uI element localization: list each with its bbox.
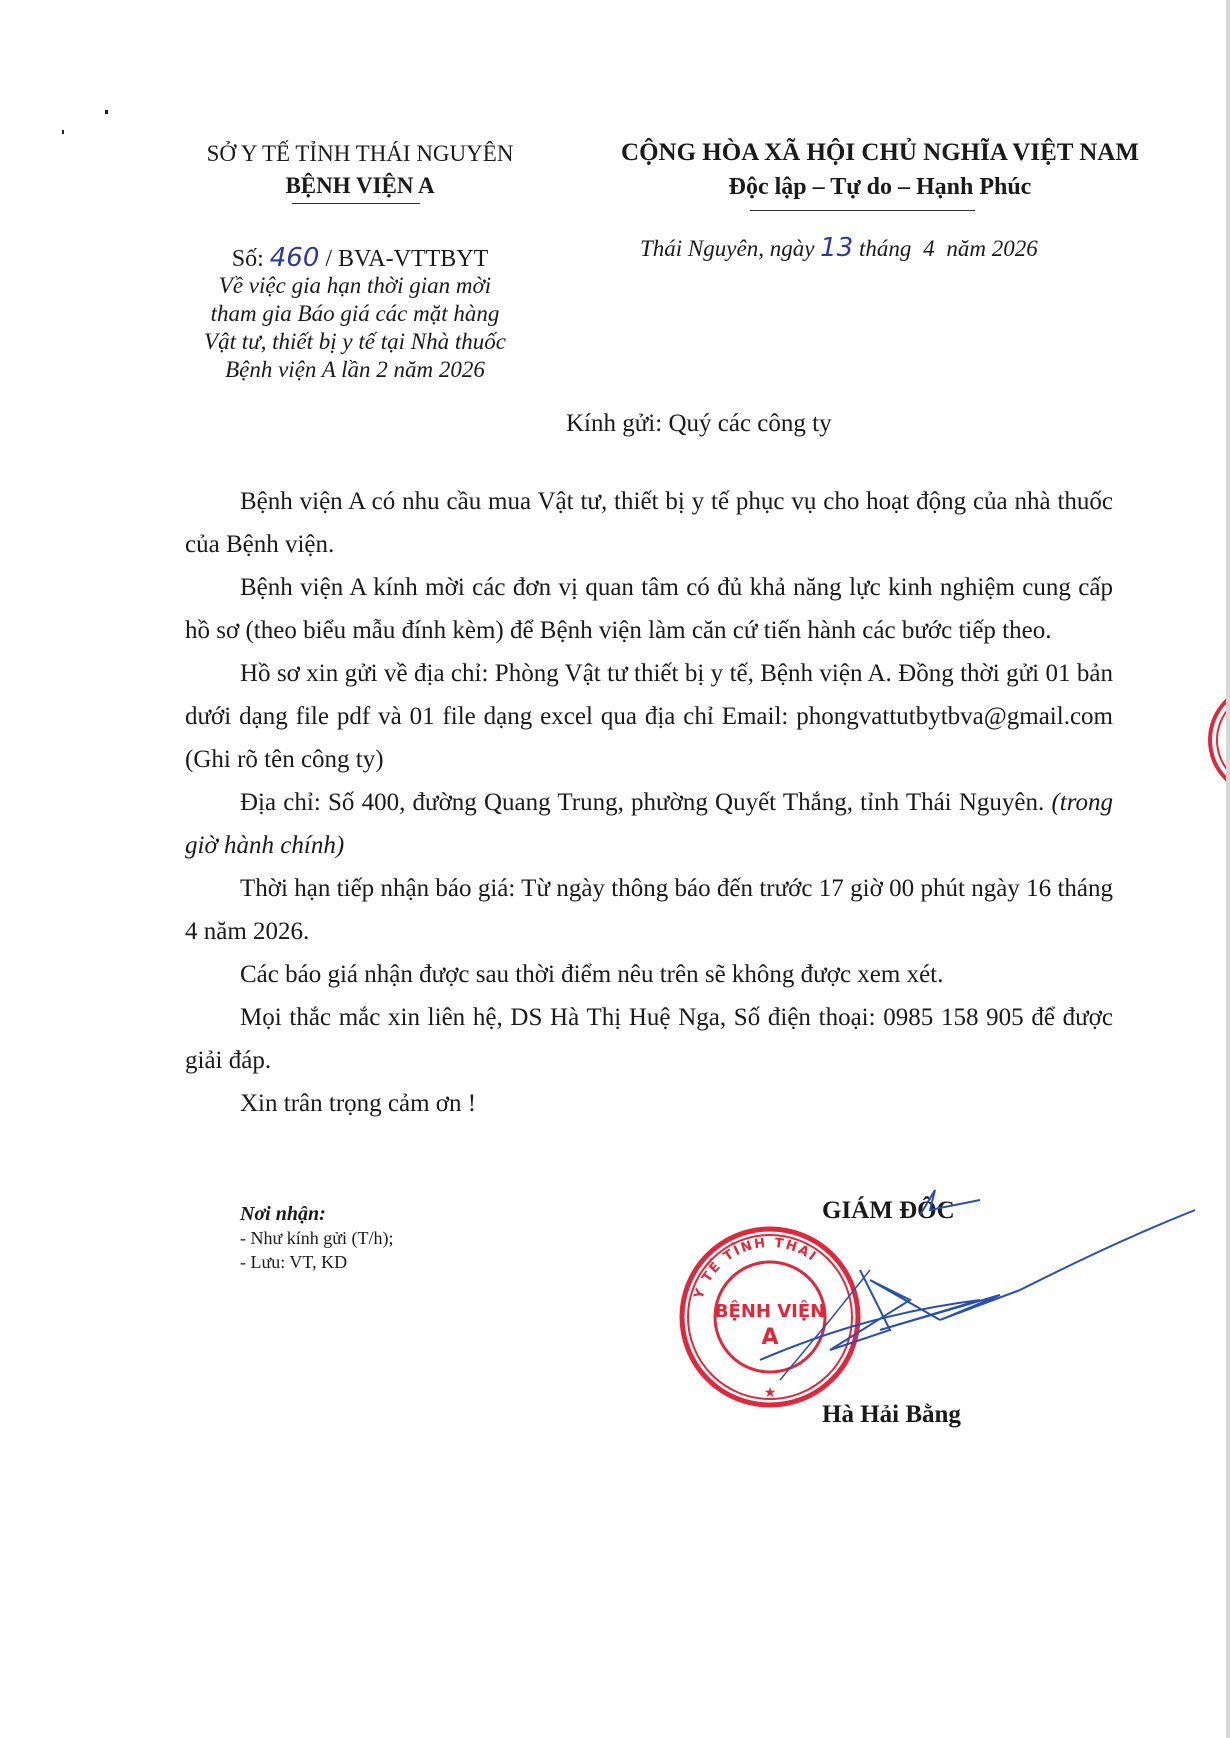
paragraph: Thời hạn tiếp nhận báo giá: Từ ngày thôn… <box>185 867 1113 953</box>
distribution-item: - Như kính gửi (T/h); <box>240 1226 394 1250</box>
national-header: CỘNG HÒA XÃ HỘI CHỦ NGHĨA VIỆT NAM Độc l… <box>575 136 1185 204</box>
address-text: Địa chỉ: Số 400, đường Quang Trung, phườ… <box>240 789 1044 816</box>
paragraph: Các báo giá nhận được sau thời điểm nêu … <box>185 953 1113 996</box>
number-prefix: Số: <box>232 246 264 272</box>
signature-icon <box>680 1180 1200 1390</box>
date-place: Thái Nguyên, ngày <box>640 236 814 261</box>
unit-name: BỆNH VIỆN A <box>160 170 560 202</box>
subject-line: Bệnh viện A lần 2 năm 2026 <box>150 356 560 384</box>
handwritten-number: 460 <box>270 243 320 273</box>
recipient-line: Kính gửi: Quý các công ty <box>566 410 832 438</box>
distribution-item: - Lưu: VT, KD <box>240 1250 394 1274</box>
distribution-title: Nơi nhận: <box>240 1202 394 1226</box>
paragraph: Bệnh viện A kính mời các đơn vị quan tâm… <box>185 566 1113 652</box>
subject-line: Vật tư, thiết bị y tế tại Nhà thuốc <box>150 328 560 356</box>
year-label: năm <box>946 236 986 261</box>
number-suffix: / BVA-VTTBYT <box>325 246 488 272</box>
subject-line: tham gia Báo giá các mặt hàng <box>150 300 560 328</box>
date-line: Thái Nguyên, ngày 13 tháng 4 năm 2026 <box>640 233 1120 263</box>
document-number: Số: 460 / BVA-VTTBYT <box>160 243 560 273</box>
paragraph: Bệnh viện A có nhu cầu mua Vật tư, thiết… <box>185 480 1113 566</box>
month-label: tháng <box>859 236 911 261</box>
handwritten-day: 13 <box>820 233 853 263</box>
divider-left <box>292 203 420 204</box>
month-value: 4 <box>923 236 935 261</box>
paragraph: Hồ sơ xin gửi về địa chỉ: Phòng Vật tư t… <box>185 652 1113 781</box>
paragraph: Mọi thắc mắc xin liên hệ, DS Hà Thị Huệ … <box>185 996 1113 1082</box>
signatory-name: Hà Hải Bằng <box>822 1401 961 1429</box>
letter-body: Bệnh viện A có nhu cầu mua Vật tư, thiết… <box>185 480 1113 1125</box>
divider-right <box>750 210 975 211</box>
page-edge <box>1226 0 1230 1738</box>
department-name: SỞ Y TẾ TỈNH THÁI NGUYÊN <box>160 138 560 170</box>
year-value: 2026 <box>992 236 1038 261</box>
paragraph: Xin trân trọng cảm ơn ! <box>185 1082 1113 1125</box>
subject-line: Về việc gia hạn thời gian mời <box>150 272 560 300</box>
nation-title: CỘNG HÒA XÃ HỘI CHỦ NGHĨA VIỆT NAM <box>575 136 1185 170</box>
distribution-list: Nơi nhận: - Như kính gửi (T/h); - Lưu: V… <box>240 1202 394 1274</box>
paragraph: Địa chỉ: Số 400, đường Quang Trung, phườ… <box>185 781 1113 867</box>
motto: Độc lập – Tự do – Hạnh Phúc <box>575 170 1185 204</box>
subject-block: Về việc gia hạn thời gian mời tham gia B… <box>150 272 560 384</box>
issuing-authority: SỞ Y TẾ TỈNH THÁI NGUYÊN BỆNH VIỆN A <box>160 138 560 202</box>
